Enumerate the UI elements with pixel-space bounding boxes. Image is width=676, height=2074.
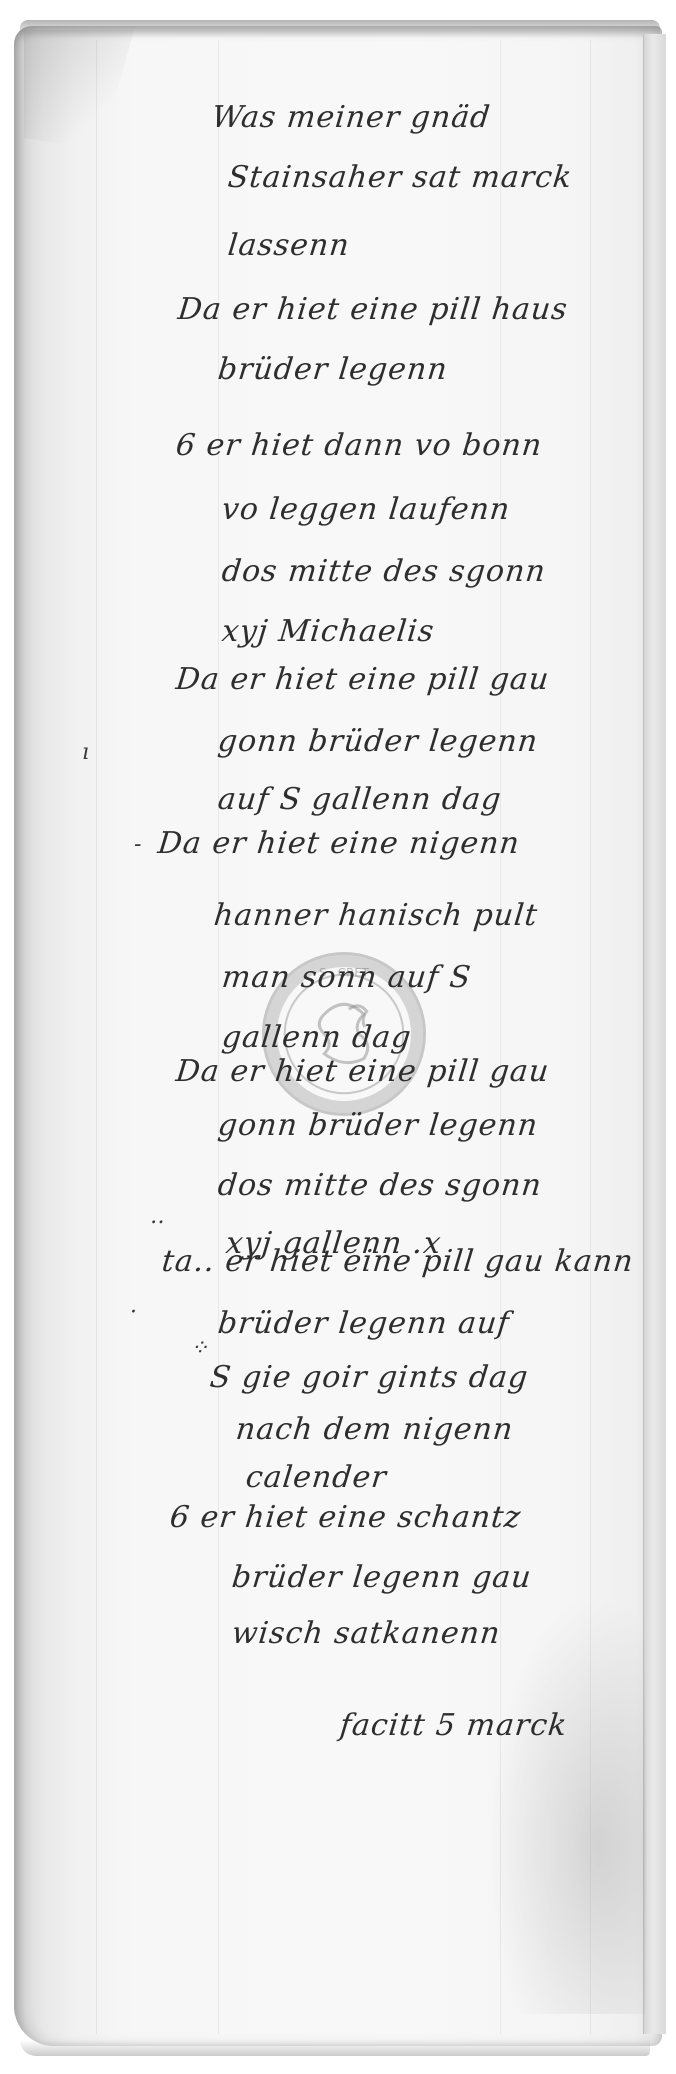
manuscript-line: Stainsaher sat marck bbox=[226, 160, 574, 195]
manuscript-line: Da er hiet eine pill gau bbox=[174, 1054, 551, 1089]
manuscript-line: brüder legenn auf bbox=[216, 1306, 511, 1341]
manuscript-line: Da er hiet eine pill haus bbox=[176, 292, 569, 327]
total-line: facitt 5 marck bbox=[338, 1708, 569, 1743]
manuscript-line: Da er hiet eine nigenn bbox=[156, 826, 522, 861]
manuscript-line: dos mitte des sgonn bbox=[220, 554, 548, 589]
manuscript-line: gallenn dag bbox=[220, 1020, 413, 1055]
margin-mark: ⁘ bbox=[190, 1336, 208, 1361]
manuscript-line: 6 er hiet dann vo bonn bbox=[174, 428, 544, 463]
manuscript-line: Was meiner gnäd bbox=[210, 100, 492, 135]
manuscript-line: xyj Michaelis bbox=[220, 614, 436, 649]
manuscript-line: man sonn auf S bbox=[220, 960, 473, 995]
stain-shadow bbox=[486, 1594, 646, 2014]
manuscript-line: vo leggen laufenn bbox=[220, 492, 512, 527]
manuscript-line: brüder legenn bbox=[216, 352, 449, 387]
ruling-line bbox=[96, 40, 97, 2034]
manuscript-line: ta.. er hiet eine pill gau kann bbox=[160, 1244, 635, 1279]
ruling-line bbox=[218, 40, 219, 2034]
margin-mark: ‥ bbox=[150, 1204, 165, 1229]
manuscript-line: wisch satkanenn bbox=[230, 1616, 502, 1651]
manuscript-line: Da er hiet eine pill gau bbox=[174, 662, 551, 697]
worn-bottom-edge bbox=[20, 2040, 650, 2056]
manuscript-line: dos mitte des sgonn bbox=[216, 1168, 544, 1203]
manuscript-line: S gie goir gints dag bbox=[208, 1360, 530, 1395]
margin-mark: · bbox=[130, 1300, 137, 1325]
manuscript-line: brüder legenn gau bbox=[230, 1560, 533, 1595]
manuscript-line: gonn brüder legenn bbox=[216, 724, 540, 759]
manuscript-line: lassenn bbox=[226, 228, 351, 263]
manuscript-line: auf S gallenn dag bbox=[216, 782, 503, 817]
manuscript-line: nach dem nigenn bbox=[234, 1412, 515, 1447]
binding-strip bbox=[643, 34, 666, 2034]
manuscript-line: 6 er hiet eine schantz bbox=[168, 1500, 523, 1535]
margin-mark: ı bbox=[82, 740, 89, 765]
scan-background: S · CRET Was meiner gnädStainsaher sat m… bbox=[0, 0, 676, 2074]
manuscript-line: gonn brüder legenn bbox=[216, 1108, 540, 1143]
manuscript-line: hanner hanisch pult bbox=[212, 898, 540, 933]
margin-mark: - bbox=[134, 832, 141, 857]
manuscript-line: calender bbox=[244, 1460, 388, 1495]
